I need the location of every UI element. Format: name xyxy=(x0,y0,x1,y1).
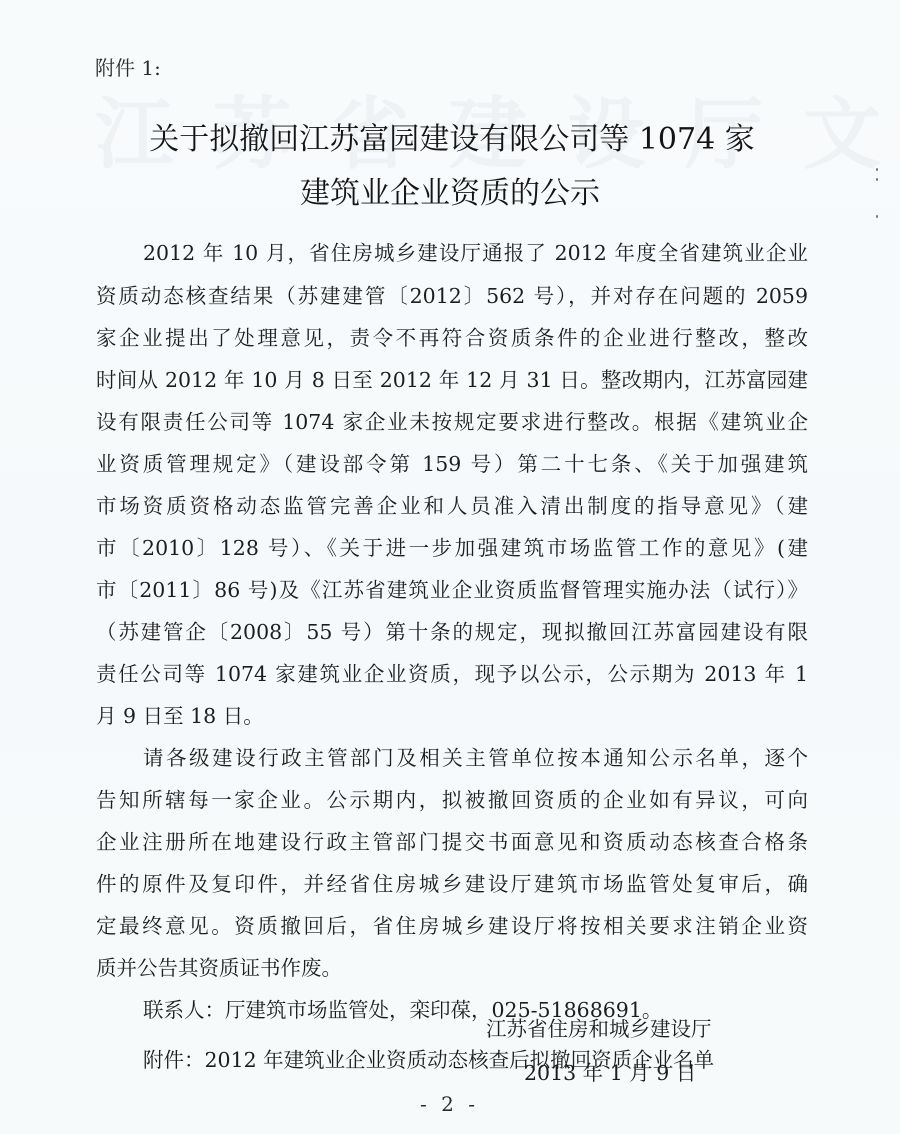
body-line: 件的原件及复印件，并经省住房城乡建设厅建筑市场监管处复审后，确 xyxy=(96,867,808,897)
body-line: 时间从 2012 年 10 月 8 日至 2012 年 12 月 31 日。整改… xyxy=(96,363,808,393)
body-line: 企业注册所在地建设行政主管部门提交书面意见和资质动态核查合格条 xyxy=(96,825,808,855)
body-line: （苏建管企〔2008〕55 号）第十条的规定，现拟撤回江苏富园建设有限 xyxy=(96,615,808,645)
body-line: 月 9 日至 18 日。 xyxy=(96,699,808,729)
document-page: 江苏省建设厅文件 附件 1: 关于拟撤回江苏富园建设有限公司等 1074 家 建… xyxy=(0,0,900,1134)
body-line: 家企业提出了处理意见，责令不再符合资质条件的企业进行整改，整改 xyxy=(96,321,808,351)
body-line: 告知所辖每一家企业。公示期内，拟被撤回资质的企业如有异议，可向 xyxy=(96,783,808,813)
body-line: 设有限责任公司等 1074 家企业未按规定要求进行整改。根据《建筑业企 xyxy=(96,405,808,435)
attachment-reference: 附件：2012 年建筑业企业资质动态核查后拟撤回资质企业名单 xyxy=(143,1043,808,1073)
body-line: 市场资质资格动态监管完善企业和人员准入清出制度的指导意见》（建 xyxy=(96,489,808,519)
body-line: 资质动态核查结果（苏建建管〔2012〕562 号），并对存在问题的 2059 xyxy=(96,279,808,309)
attachment-label: 附件 1: xyxy=(95,52,161,81)
issuing-organization: 江苏省住房和城乡建设厅 xyxy=(486,1012,712,1042)
body-line: 质并公告其资质证书作废。 xyxy=(96,951,808,981)
body-line: 请各级建设行政主管部门及相关主管单位按本通知公示名单，逐个 xyxy=(143,741,808,771)
body-line: 责任公司等 1074 家建筑业企业资质，现予以公示，公示期为 2013 年 1 xyxy=(96,657,808,687)
body-line: 市〔2010〕128 号）、《关于进一步加强建筑市场监管工作的意见》(建 xyxy=(96,531,808,561)
page-number: - 2 - xyxy=(420,1092,479,1116)
document-title-line-2: 建筑业企业资质的公示 xyxy=(0,168,900,212)
body-line: 业资质管理规定》（建设部令第 159 号）第二十七条、《关于加强建筑 xyxy=(96,447,808,477)
issue-date: 2013 年 1 月 9 日 xyxy=(524,1056,696,1086)
body-line: 市〔2011〕86 号)及《江苏省建筑业企业资质监督管理实施办法（试行）》 xyxy=(96,573,808,603)
body-line: 定最终意见。资质撤回后，省住房城乡建设厅将按相关要求注销企业资 xyxy=(96,909,808,939)
document-title-line-1: 关于拟撤回江苏富园建设有限公司等 1074 家 xyxy=(0,114,900,158)
body-line: 2012 年 10 月，省住房城乡建设厅通报了 2012 年度全省建筑业企业 xyxy=(143,236,808,266)
